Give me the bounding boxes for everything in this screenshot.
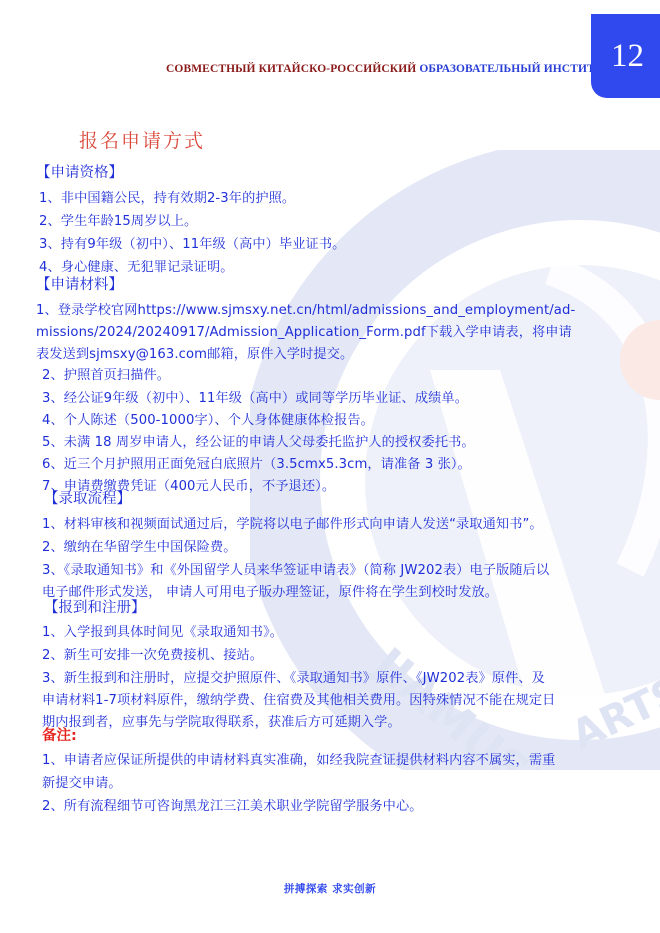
registration-line: 1、入学报到具体时间见《录取通知书》。 <box>42 621 283 640</box>
registration-line: 期内报到者，应事先与学院取得联系，获准后方可延期入学。 <box>42 711 401 730</box>
notes-line: 新提交申请。 <box>42 772 122 791</box>
materials-line: missions/2024/20240917/Admission_Applica… <box>36 321 572 340</box>
materials-line: 6、近三个月护照用正面免冠白底照片（3.5cmx5.3cm，请准备 3 张）。 <box>42 453 471 472</box>
registration-line: 3、新生报到和注册时，应提交护照原件、《录取通知书》原件、《JW202表》原件、… <box>42 667 545 686</box>
section-heading-registration: 【报到和注册】 <box>44 596 146 617</box>
notes-line: 1、申请者应保证所提供的申请材料真实准确，如经我院查证提供材料内容不属实，需重 <box>42 749 555 768</box>
eligibility-line: 1、非中国籍公民，持有效期2-3年的护照。 <box>39 187 295 206</box>
section-heading-admission: 【录取流程】 <box>44 487 131 508</box>
materials-line: 1、登录学校官网https://www.sjmsxy.net.cn/html/a… <box>36 299 575 318</box>
materials-line: 3、经公证9年级（初中）、11年级（高中）或同等学历毕业证、成绩单。 <box>42 387 468 406</box>
institute-header: СОВМЕСТНЫЙ КИТАЙСКО-РОССИЙСКИЙ ОБРАЗОВАТ… <box>166 63 611 75</box>
notes-heading: 备注: <box>42 724 77 745</box>
page-number-badge: 12 <box>591 14 660 98</box>
admission-line: 3、《录取通知书》和《外国留学人员来华签证申请表》（简称 JW202表）电子版随… <box>42 559 549 578</box>
registration-line: 2、新生可安排一次免费接机、接站。 <box>42 644 263 663</box>
notes-line: 2、所有流程细节可咨询黑龙江三江美术职业学院留学服务中心。 <box>42 795 423 814</box>
section-heading-eligibility: 【申请资格】 <box>36 161 123 182</box>
admission-line: 2、缴纳在华留学生中国保险费。 <box>42 536 237 555</box>
materials-line: 2、护照首页扫描件。 <box>42 364 170 383</box>
eligibility-line: 3、持有9年级（初中）、11年级（高中）毕业证书。 <box>39 233 345 252</box>
footer-motto: 拼搏探索 求实创新 <box>0 881 660 896</box>
materials-line: 5、未满 18 周岁申请人，经公证的申请人父母委托监护人的授权委托书。 <box>42 431 475 450</box>
materials-line: 表发送到sjmsxy@163.com邮箱，原件入学时提交。 <box>36 343 353 362</box>
admission-line: 1、材料审核和视频面试通过后，学院将以电子邮件形式向申请人发送“录取通知书”。 <box>42 513 543 532</box>
svg-text:ARTS VOC: ARTS VOC <box>565 623 660 759</box>
section-heading-materials: 【申请材料】 <box>36 273 123 294</box>
header-text-red: СОВМЕСТНЫЙ КИТАЙСКО-РОССИЙСКИЙ <box>166 63 416 75</box>
eligibility-line: 2、学生年龄15周岁以上。 <box>39 210 197 229</box>
page-title: 报名申请方式 <box>79 126 205 153</box>
materials-line: 4、个人陈述（500-1000字）、个人身体健康体检报告。 <box>42 409 374 428</box>
registration-line: 申请材料1-7项材料原件，缴纳学费、住宿费及其他相关费用。因特殊情况不能在规定日 <box>42 689 555 708</box>
header-text-blue: ОБРАЗОВАТЕЛЬНЫЙ ИНСТИТУТ <box>419 63 611 75</box>
